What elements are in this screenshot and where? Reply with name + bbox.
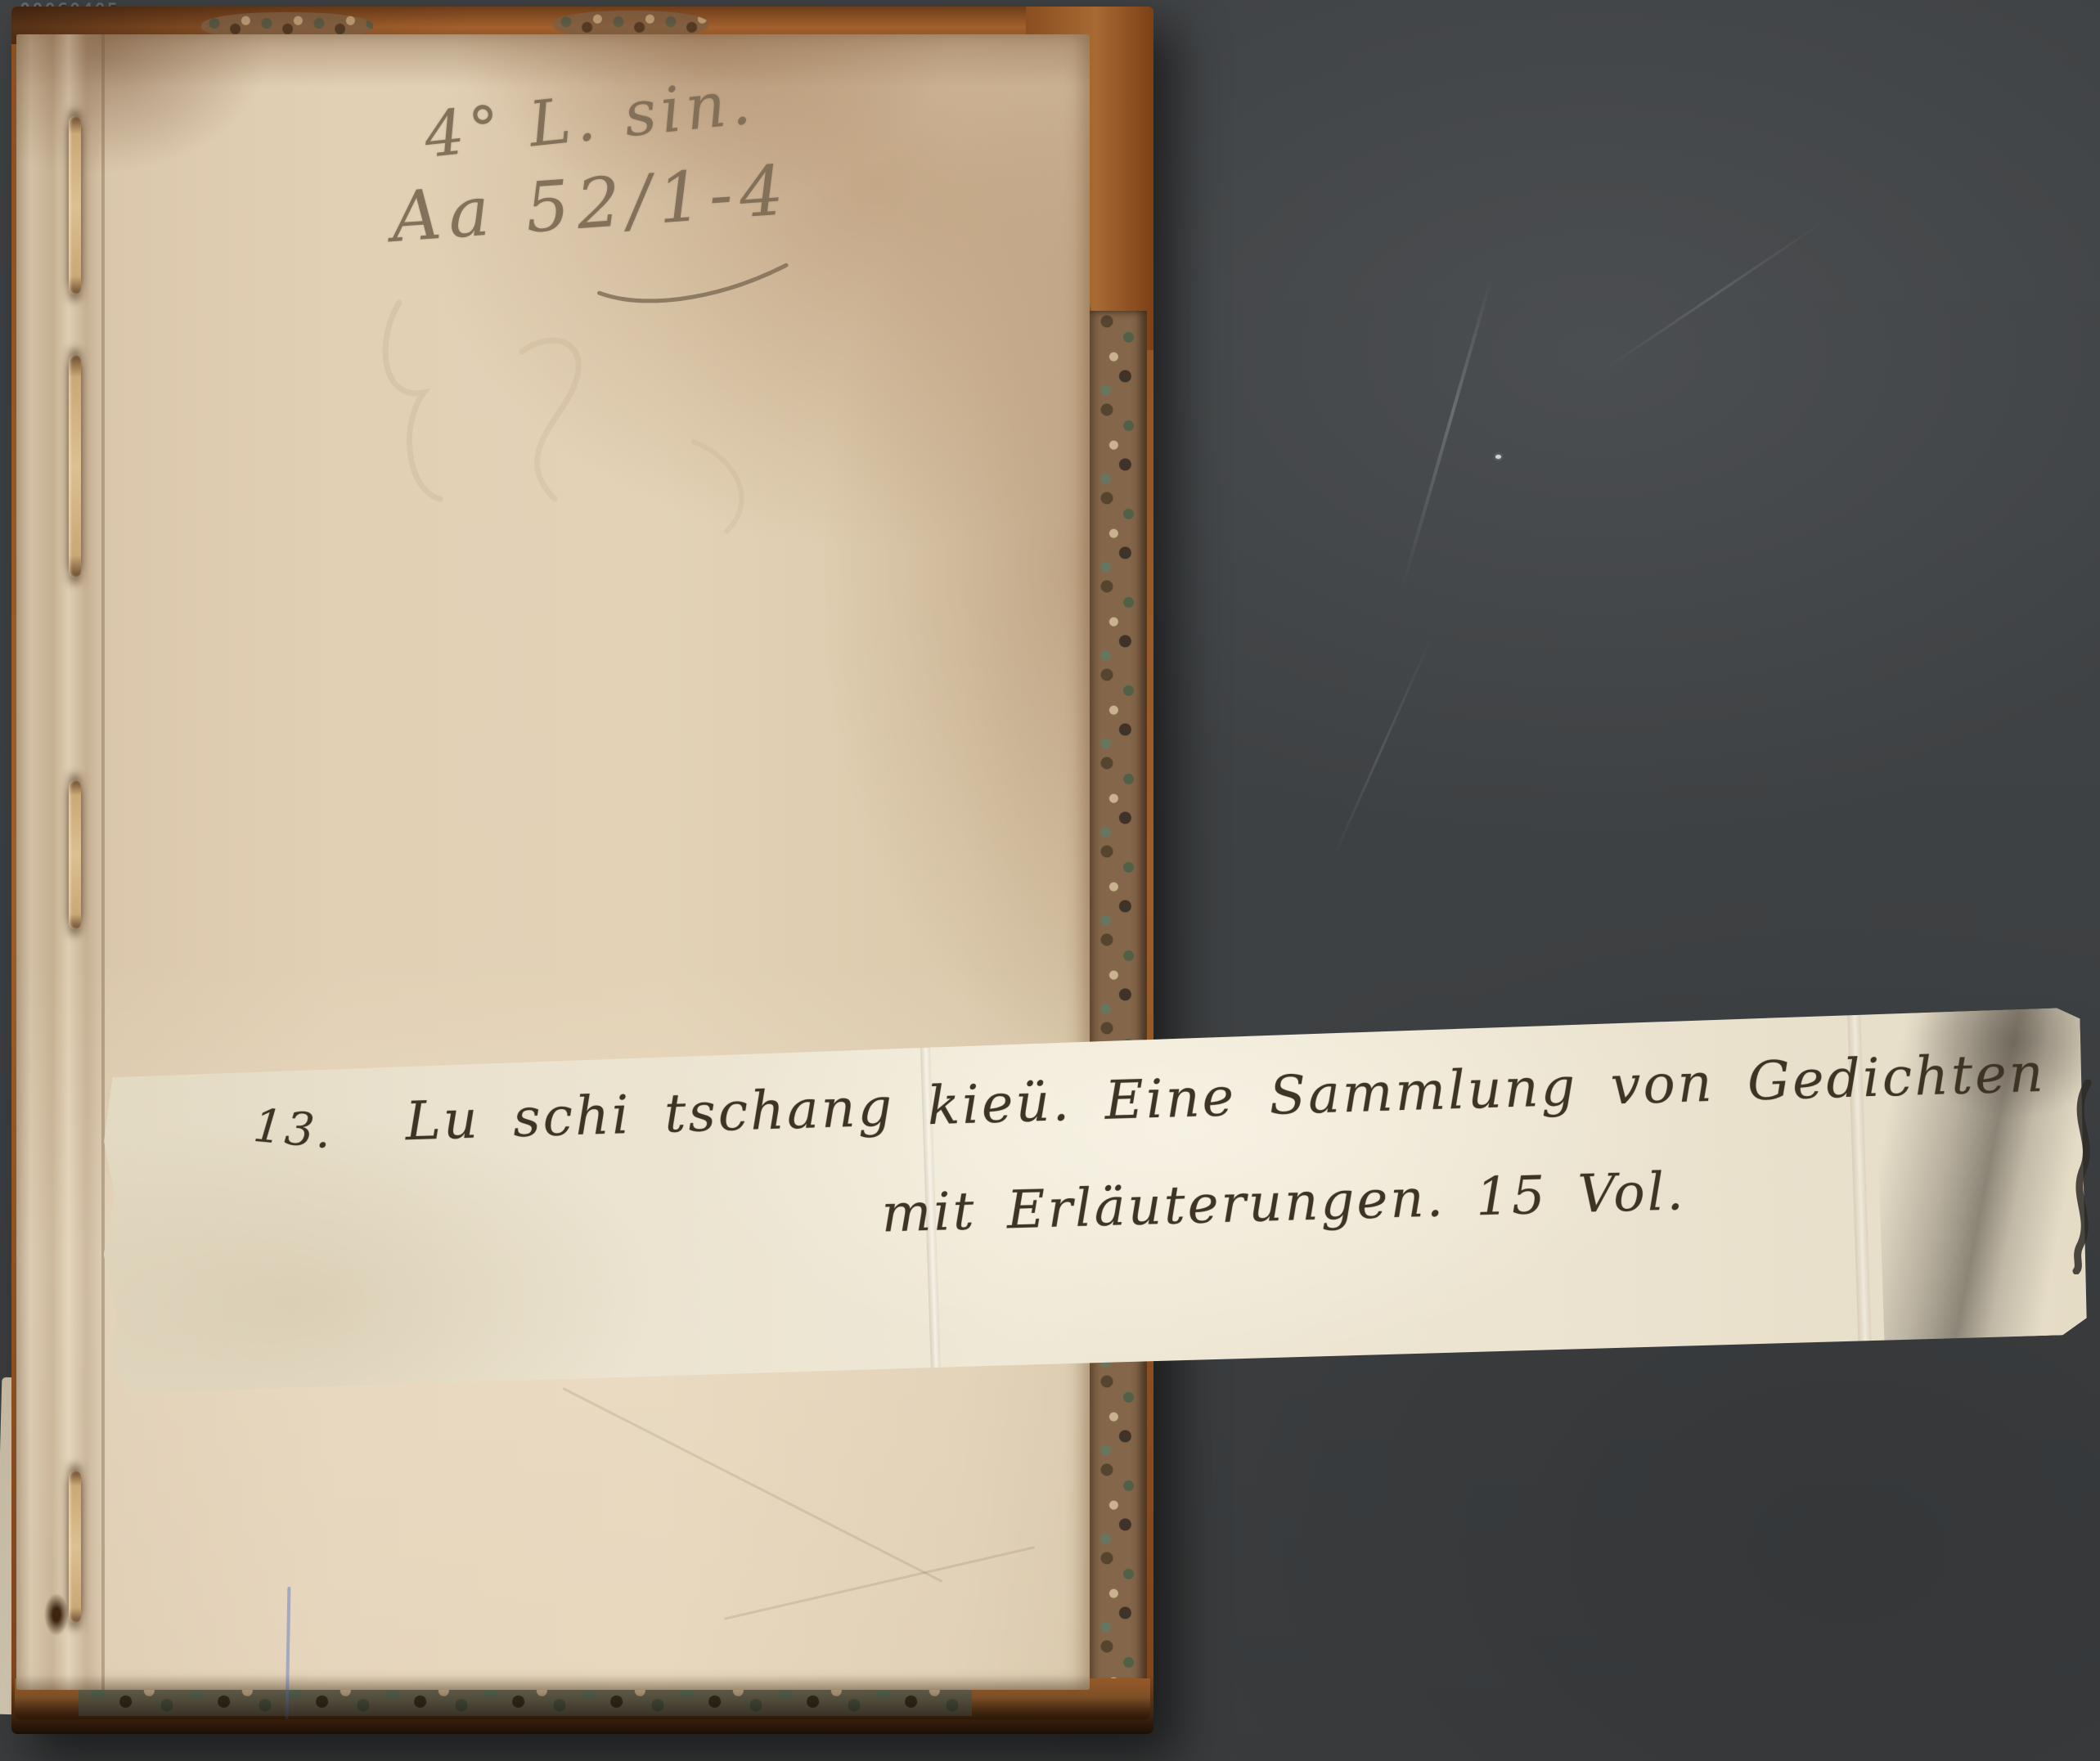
paper-crease <box>563 1387 943 1583</box>
slip-handwriting-line2: mit Erläuterungen. 15 Vol. <box>881 1161 1687 1244</box>
spine-fold-area <box>16 34 106 1690</box>
endpaper-page: 4° L. sin. Aa 52/1-4 <box>16 34 1090 1690</box>
backdrop-speck <box>1495 455 1501 459</box>
spine-crease-line <box>101 34 105 1690</box>
sewing-slit <box>69 355 81 577</box>
backdrop-scratch <box>1333 631 1435 856</box>
cord-end <box>2060 1078 2100 1274</box>
sewing-slit <box>69 116 81 294</box>
marbled-edge-right <box>1090 311 1147 1693</box>
backdrop-scratch <box>1393 276 1493 615</box>
sewing-slit <box>69 780 81 929</box>
book-cover-inside: 4° L. sin. Aa 52/1-4 <box>11 7 1153 1734</box>
erased-pencil-marks <box>350 254 808 581</box>
backdrop-scratch <box>1601 219 1826 372</box>
slip-item-number: 13. <box>251 1099 336 1160</box>
worm-hole <box>44 1593 69 1636</box>
slip-title-text: Lu schi tschang kieü. Eine Sammlung von … <box>405 1043 2047 1152</box>
photograph-of-book: 00060405 4° L. sin. Aa 52/1-4 <box>0 0 2100 1761</box>
paper-crease <box>724 1546 1036 1620</box>
sewing-slit <box>69 1471 81 1623</box>
bottom-shadow <box>11 1675 1153 1734</box>
